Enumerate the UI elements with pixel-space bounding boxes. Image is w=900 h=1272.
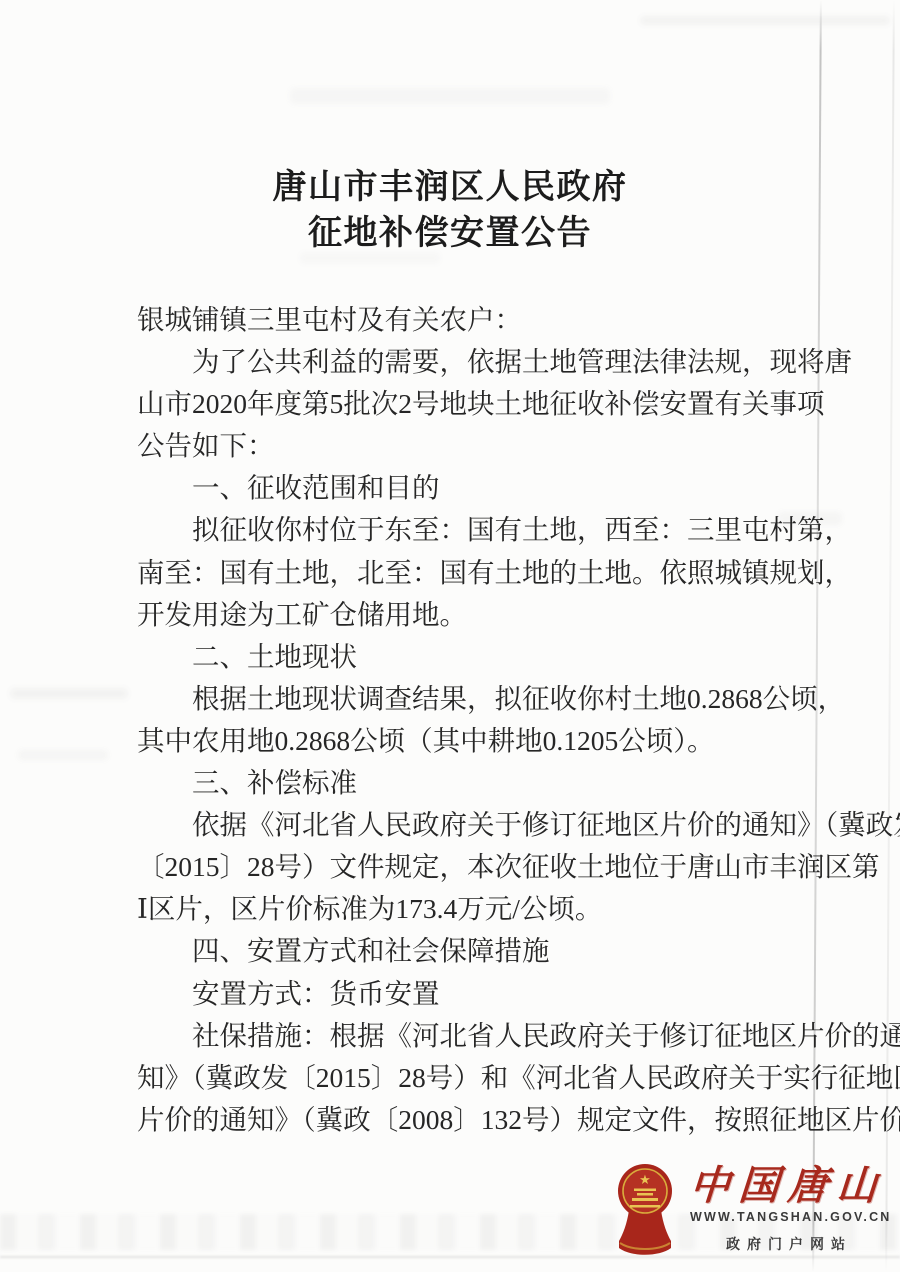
document-line: 根据土地现状调查结果，拟征收你村土地0.2868公顷， — [137, 678, 837, 720]
document-line: 拟征收你村位于东至：国有土地，西至：三里屯村第， — [137, 509, 837, 551]
svg-text:★: ★ — [639, 1172, 651, 1187]
document-body: 银城铺镇三里屯村及有关农户：为了公共利益的需要，依据土地管理法律法规，现将唐山市… — [137, 299, 837, 1141]
portal-tagline: 政府门户网站 — [690, 1234, 888, 1254]
document-line: 一、征收范围和目的 — [137, 467, 837, 509]
document-line: 为了公共利益的需要，依据土地管理法律法规，现将唐 — [137, 341, 837, 383]
document-line: Ⅰ区片，区片价标准为173.4万元/公顷。 — [137, 888, 837, 930]
document-line: 三、补偿标准 — [137, 762, 837, 804]
scan-smudge — [10, 688, 128, 699]
scan-smudge — [640, 16, 890, 25]
document-line: 银城铺镇三里屯村及有关农户： — [137, 299, 837, 341]
document-line: 二、土地现状 — [137, 636, 837, 678]
document-line: 南至：国有土地，北至：国有土地的土地。依照城镇规划， — [137, 552, 837, 594]
scanned-announcement-page: 唐山市丰润区人民政府 征地补偿安置公告 银城铺镇三里屯村及有关农户：为了公共利益… — [0, 0, 900, 1272]
document-line: 依据《河北省人民政府关于修订征地区片价的通知》（冀政发 — [137, 804, 837, 846]
document-line: 〔2015〕28号）文件规定，本次征收土地位于唐山市丰润区第 — [137, 846, 837, 888]
document-line: 安置方式：货币安置 — [137, 973, 837, 1015]
document-line: 知》（冀政发〔2015〕28号）和《河北省人民政府关于实行征地区 — [137, 1057, 837, 1099]
portal-logo: ★ 中国唐山 WWW.TANGSHAN.GOV.CN 政府门户网站 — [612, 1158, 897, 1262]
document-title-line-2: 征地补偿安置公告 — [0, 211, 900, 257]
document-title-line-1: 唐山市丰润区人民政府 — [0, 165, 900, 211]
document-line: 片价的通知》（冀政〔2008〕132号）规定文件，按照征地区片价 — [137, 1099, 837, 1141]
scan-smudge — [18, 750, 108, 760]
portal-brand-name: 中国唐山 — [688, 1154, 892, 1211]
china-national-emblem-icon: ★ — [616, 1162, 674, 1260]
scan-smudge — [290, 88, 610, 104]
document-line: 公告如下： — [137, 425, 837, 467]
document-line: 山市2020年度第5批次2号地块土地征收补偿安置有关事项 — [137, 383, 837, 425]
document-line: 四、安置方式和社会保障措施 — [137, 930, 837, 972]
document-line: 开发用途为工矿仓储用地。 — [137, 594, 837, 636]
document-title: 唐山市丰润区人民政府 征地补偿安置公告 — [0, 165, 900, 257]
document-line: 社保措施：根据《河北省人民政府关于修订征地区片价的通 — [137, 1015, 837, 1057]
document-line: 其中农用地0.2868公顷（其中耕地0.1205公顷）。 — [137, 720, 837, 762]
portal-url: WWW.TANGSHAN.GOV.CN — [690, 1210, 890, 1224]
